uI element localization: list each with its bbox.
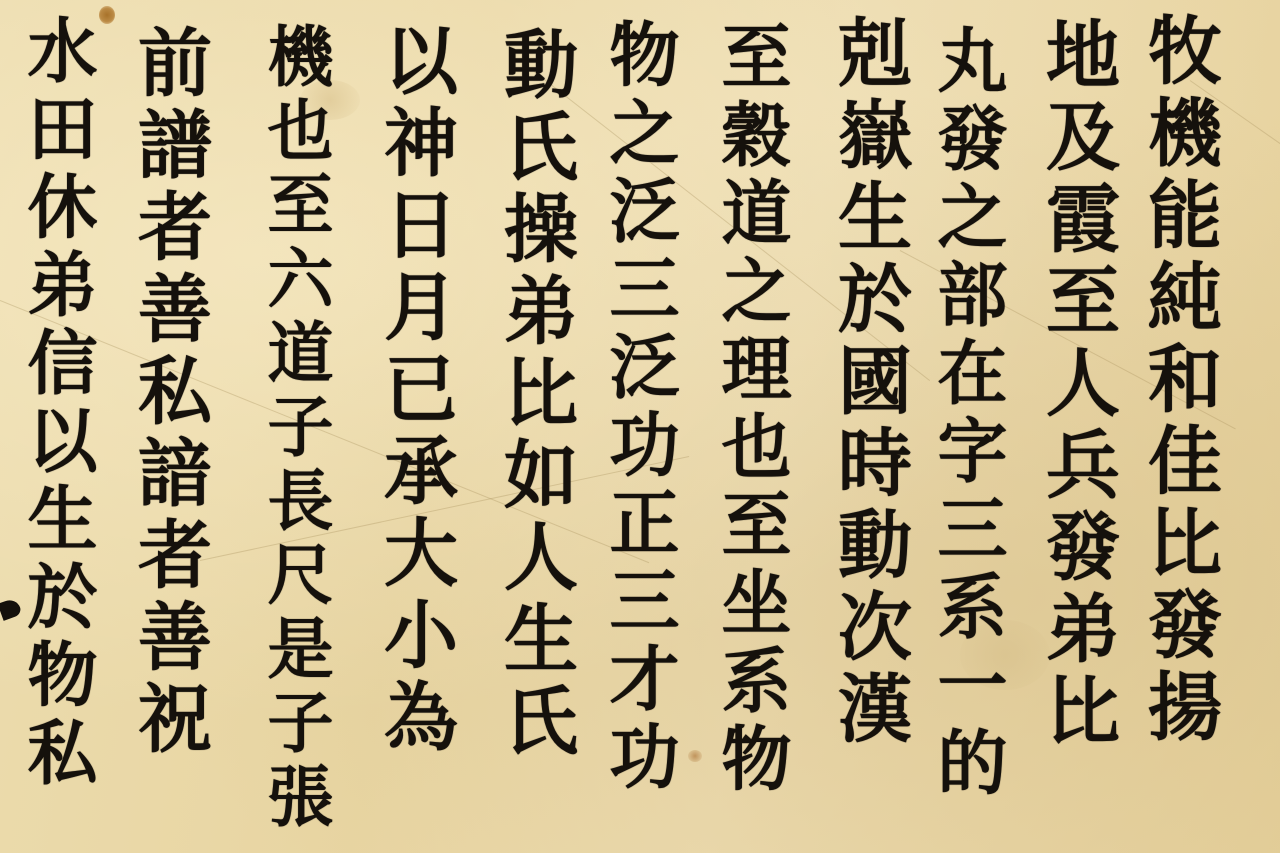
- calligraphy-column-5: 至穀道之理也至坐系物: [716, 20, 786, 800]
- calligraphy-column-8: 以神日月已承大小為: [378, 22, 452, 760]
- calligraphy-column-11: 水田休弟信以生於物私: [22, 14, 92, 794]
- calligraphy-column-4: 剋嶽生於國時動次漢: [832, 14, 906, 752]
- calligraphy-column-1: 牧機能純和佳比發揚: [1142, 12, 1216, 750]
- calligraphy-column-9: 機也至六道子長尺是子張: [262, 22, 328, 836]
- paper-stain: [688, 750, 702, 762]
- calligraphy-column-2: 地及霞至人兵發弟比: [1040, 16, 1114, 754]
- calligraphy-column-6: 物之泛三泛功正三才功: [604, 18, 674, 798]
- calligraphy-scroll: 牧機能純和佳比發揚 地及霞至人兵發弟比 丸發之部在字三系一的 剋嶽生於國時動次漢…: [0, 0, 1280, 853]
- calligraphy-column-10: 前譜者善私諳者善祝: [132, 24, 206, 762]
- calligraphy-column-3: 丸發之部在字三系一的: [932, 24, 1002, 804]
- calligraphy-column-7: 動氏操弟比如人生氏: [498, 26, 572, 764]
- paper-stain: [99, 6, 115, 24]
